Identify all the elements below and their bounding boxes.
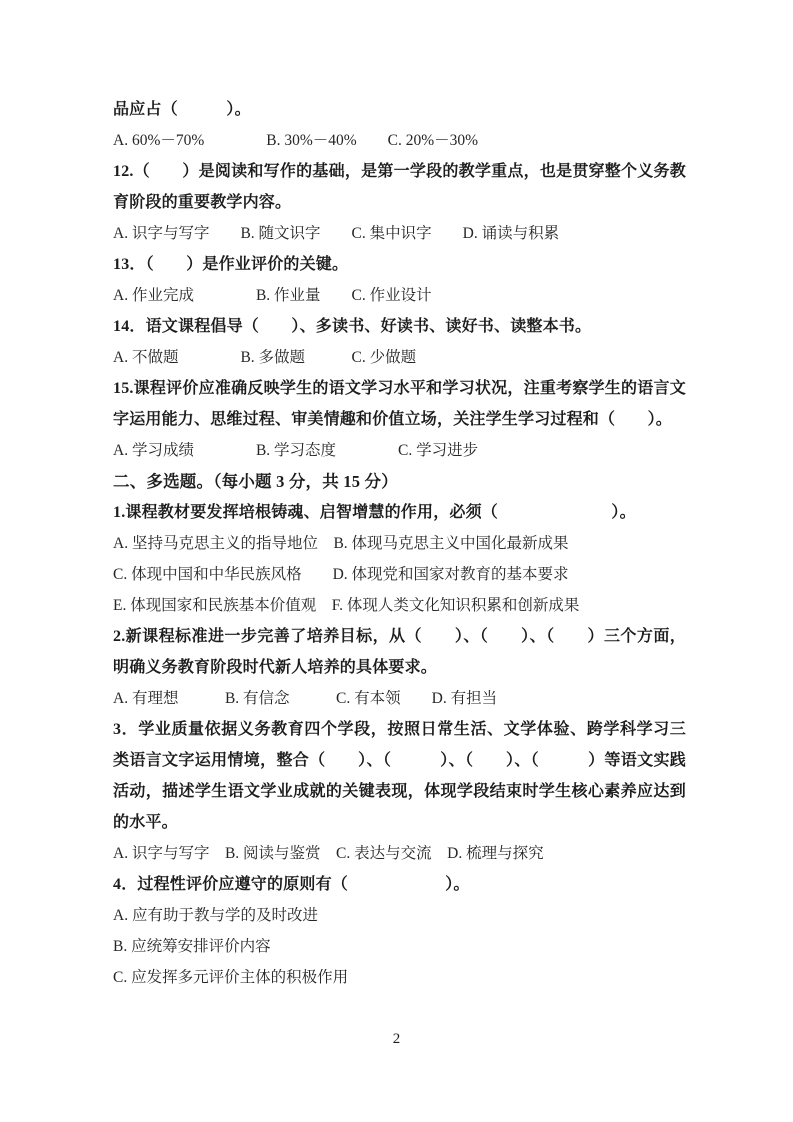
multi-question-2-stem: 2.新课程标准进一步完善了培养目标，从（ ）、（ ）、（ ）三个方面，明确义务教… — [113, 621, 686, 683]
multi-question-4-option-a: A. 应有助于教与学的及时改进 — [113, 900, 686, 931]
question-11-stem-continuation: 品应占（ ）。 — [113, 94, 686, 125]
multi-question-3-stem: 3．学业质量依据义务教育四个学段，按照日常生活、文学体验、跨学科学习三类语言文字… — [113, 714, 686, 838]
question-13-stem: 13．（ ）是作业评价的关键。 — [113, 249, 686, 280]
question-12-stem: 12.（ ）是阅读和写作的基础，是第一学段的教学重点，也是贯穿整个义务教育阶段的… — [113, 156, 686, 218]
multi-question-4-option-c: C. 应发挥多元评价主体的积极作用 — [113, 962, 686, 993]
question-15-options: A. 学习成绩 B. 学习态度 C. 学习进步 — [113, 435, 686, 466]
page-number: 2 — [0, 1028, 793, 1050]
question-14-options: A. 不做题 B. 多做题 C. 少做题 — [113, 342, 686, 373]
multi-question-1-options-row-ef: E. 体现国家和民族基本价值观 F. 体现人类文化知识积累和创新成果 — [113, 590, 686, 621]
exam-content: 品应占（ ）。 A. 60%－70% B. 30%－40% C. 20%－30%… — [113, 94, 686, 993]
question-11-options: A. 60%－70% B. 30%－40% C. 20%－30% — [113, 125, 686, 156]
question-15-stem: 15.课程评价应准确反映学生的语文学习水平和学习状况，注重考察学生的语言文字运用… — [113, 373, 686, 435]
multi-question-1-options-row-cd: C. 体现中国和中华民族风格 D. 体现党和国家对教育的基本要求 — [113, 559, 686, 590]
multi-question-3-options: A. 识字与写字 B. 阅读与鉴赏 C. 表达与交流 D. 梳理与探究 — [113, 838, 686, 869]
question-14-stem: 14．语文课程倡导（ ）、多读书、好读书、读好书、读整本书。 — [113, 311, 686, 342]
multi-question-4-stem: 4．过程性评价应遵守的原则有（ ）。 — [113, 869, 686, 900]
question-13-options: A. 作业完成 B. 作业量 C. 作业设计 — [113, 280, 686, 311]
multi-question-2-options: A. 有理想 B. 有信念 C. 有本领 D. 有担当 — [113, 683, 686, 714]
multi-question-1-stem: 1.课程教材要发挥培根铸魂、启智增慧的作用，必须（ ）。 — [113, 497, 686, 528]
multi-question-4-option-b: B. 应统筹安排评价内容 — [113, 931, 686, 962]
section-2-heading: 二、多选题。（每小题 3 分，共 15 分） — [113, 466, 686, 497]
exam-paper-page: 品应占（ ）。 A. 60%－70% B. 30%－40% C. 20%－30%… — [0, 0, 793, 1122]
multi-question-1-options-row-ab: A. 坚持马克思主义的指导地位 B. 体现马克思主义中国化最新成果 — [113, 528, 686, 559]
question-12-options: A. 识字与写字 B. 随文识字 C. 集中识字 D. 诵读与积累 — [113, 218, 686, 249]
